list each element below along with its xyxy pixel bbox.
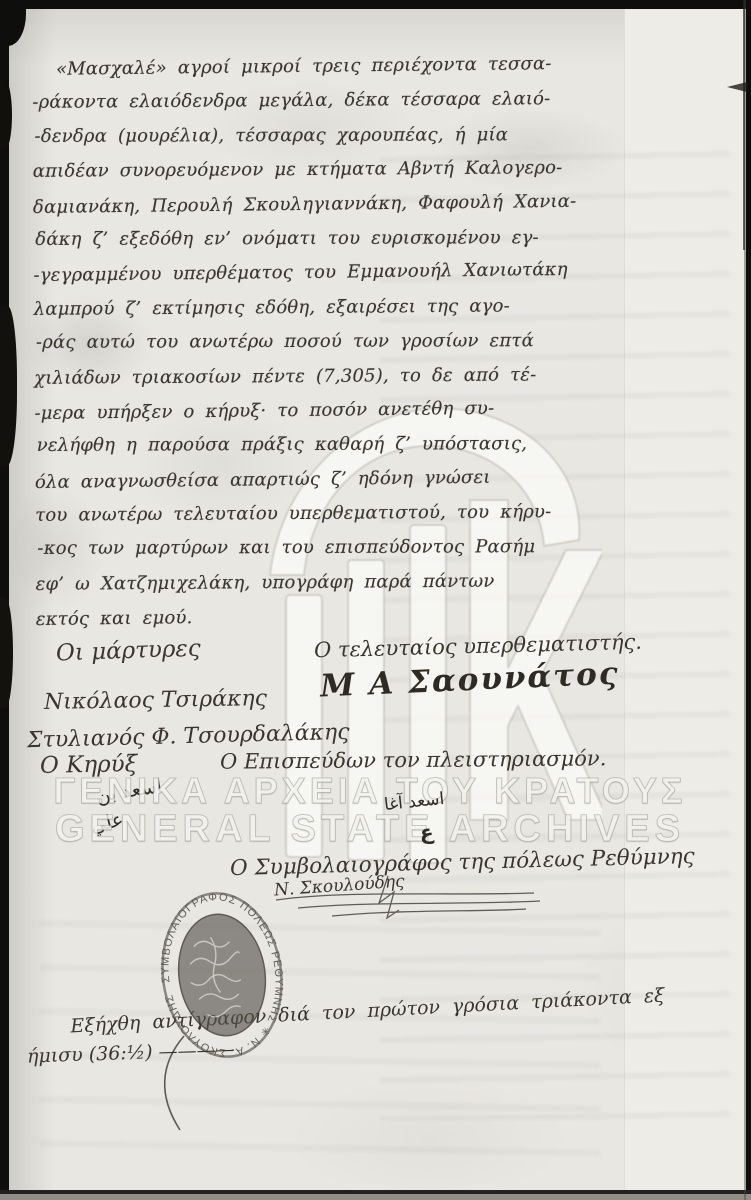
page-fold-line	[743, 0, 745, 250]
body-line: δάκη ζ’ εξεδόθη εν’ ονόματι του ευρισκομ…	[35, 227, 565, 263]
body-line: -μερα υπήρξεν ο κήρυξ· το ποσόν ανετέθη …	[34, 397, 564, 437]
witnesses-heading: Οι μάρτυρες	[56, 635, 201, 666]
signature-flourish	[268, 872, 558, 936]
archive-watermark-greek: ΓΕΝΙΚΑ ΑΡΧΕΙΑ ΤΟΥ ΚΡΑΤΟΥΣ	[40, 770, 700, 812]
witness-signature: Νικόλαος Τσιράκης	[44, 686, 267, 715]
ottoman-script-note: ع	[420, 820, 434, 844]
body-line: -δενδρα (μουρέλια), τέσσαρας χαρουπέας, …	[35, 124, 565, 160]
body-line: χιλιάδων τριακοσίων πέντε (7,305), το δε…	[34, 364, 564, 402]
body-line: του ανωτέρω τελευταίου υπερθεματιστού, τ…	[35, 501, 565, 539]
scan-edge-top	[0, 0, 751, 9]
handwritten-body: «Μασχαλέ» αγροί μικροί τρεις περιέχοντα …	[32, 54, 566, 642]
body-line: απιδέαν συνορευόμενον με κτήματα Αβντή Κ…	[33, 157, 563, 195]
archive-watermark-english: GENERAL STATE ARCHIVES	[40, 808, 700, 851]
body-line: -ράς αυτώ του ανωτέρω ποσού των γροσίων …	[36, 330, 566, 366]
body-line: λαμπρού ζ’ εκτίμησις εδόθη, εξαιρέσει τη…	[34, 295, 564, 333]
body-line: -ράκοντα ελαιόδενδρα μεγάλα, δέκα τέσσαρ…	[32, 89, 562, 127]
scan-edge-bottom-gray	[0, 1194, 751, 1200]
body-line: δαμιανάκη, Περουλή Σκουληγιαννάκη, Φαφου…	[33, 191, 563, 231]
notary-seal: ΣΥΜΒΟΛΑΙΟΓΡΑΦΟΣ ΠΟΛΕΩΣ ΡΕΘΥΜΝΗΣ ✳ Ν. Α. …	[158, 888, 286, 1062]
scan-artifact	[727, 82, 747, 92]
body-line: «Μασχαλέ» αγροί μικροί τρεις περιέχοντα …	[32, 53, 562, 93]
body-line: -γεγραμμένου υπερθέματος του Εμμανουήλ Χ…	[33, 259, 563, 299]
body-line: όλα αναγνωσθείσα απαρτιώς ζ’ ηδόνη γνώσε…	[35, 466, 565, 506]
scanned-archive-page: { "doc": { "body_lines": [ "«Μασχαλέ» αγ…	[0, 0, 751, 1200]
body-line: εφ’ ω Χατζημιχελάκη, υπογράφη παρά πάντω…	[36, 570, 566, 608]
body-line: -κος των μαρτύρων και του επισπεύδοντος …	[37, 537, 567, 573]
body-line: νελήφθη η παρούσα πράξις καθαρή ζ’ υπόστ…	[37, 433, 567, 469]
